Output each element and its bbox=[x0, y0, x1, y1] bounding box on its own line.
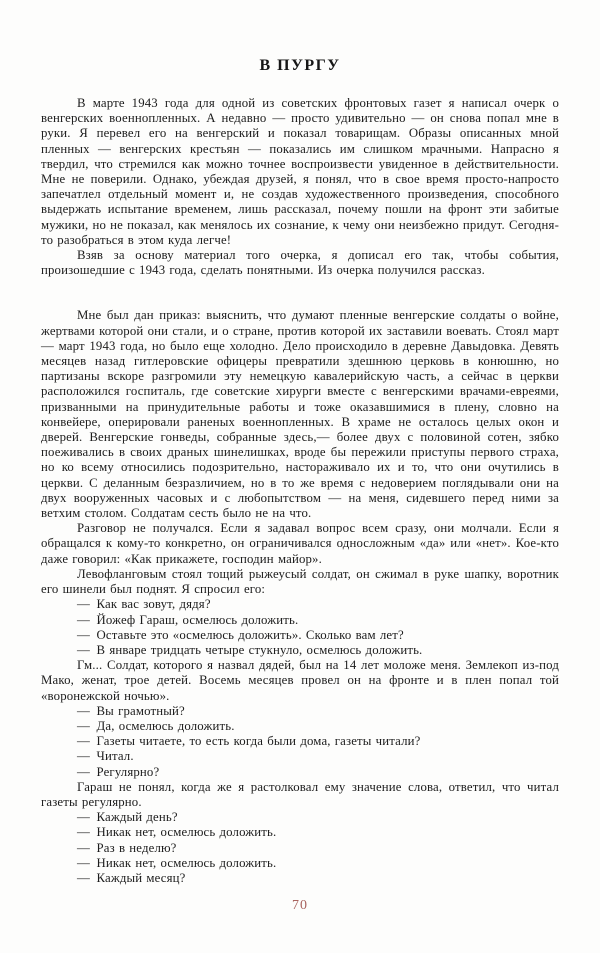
paragraph: Взяв за основу материал того очерка, я д… bbox=[41, 248, 559, 278]
page-body: В марте 1943 года для одной из советских… bbox=[41, 96, 559, 886]
page-title: В ПУРГУ bbox=[0, 0, 600, 75]
dialogue-line: — В январе тридцать четыре стукнуло, осм… bbox=[41, 643, 559, 658]
dialogue-line: — Регулярно? bbox=[41, 765, 559, 780]
page-number: 70 bbox=[0, 898, 600, 914]
section-break bbox=[41, 278, 559, 308]
dialogue-line: — Да, осмелюсь доложить. bbox=[41, 719, 559, 734]
dialogue-line: — Каждый месяц? bbox=[41, 871, 559, 886]
paragraph: В марте 1943 года для одной из советских… bbox=[41, 96, 559, 248]
paragraph: Левофланговым стоял тощий рыжеусый солда… bbox=[41, 567, 559, 597]
dialogue-line: — Газеты читаете, то есть когда были дом… bbox=[41, 734, 559, 749]
dialogue-line: — Читал. bbox=[41, 749, 559, 764]
paragraph: Разговор не получался. Если я задавал во… bbox=[41, 521, 559, 567]
dialogue-line: — Никак нет, осмелюсь доложить. bbox=[41, 825, 559, 840]
paragraph: Мне был дан приказ: выяснить, что думают… bbox=[41, 308, 559, 521]
dialogue-line: — Вы грамотный? bbox=[41, 704, 559, 719]
dialogue-line: — Раз в неделю? bbox=[41, 841, 559, 856]
paragraph: Гм... Солдат, которого я назвал дядей, б… bbox=[41, 658, 559, 704]
dialogue-line: — Никак нет, осмелюсь доложить. bbox=[41, 856, 559, 871]
dialogue-line: — Йожеф Гараш, осмелюсь доложить. bbox=[41, 613, 559, 628]
dialogue-line: — Как вас зовут, дядя? bbox=[41, 597, 559, 612]
book-page: В ПУРГУ В марте 1943 года для одной из с… bbox=[0, 0, 600, 953]
dialogue-line: — Каждый день? bbox=[41, 810, 559, 825]
dialogue-line: — Оставьте это «осмелюсь доложить». Скол… bbox=[41, 628, 559, 643]
paragraph: Гараш не понял, когда же я растолковал е… bbox=[41, 780, 559, 810]
